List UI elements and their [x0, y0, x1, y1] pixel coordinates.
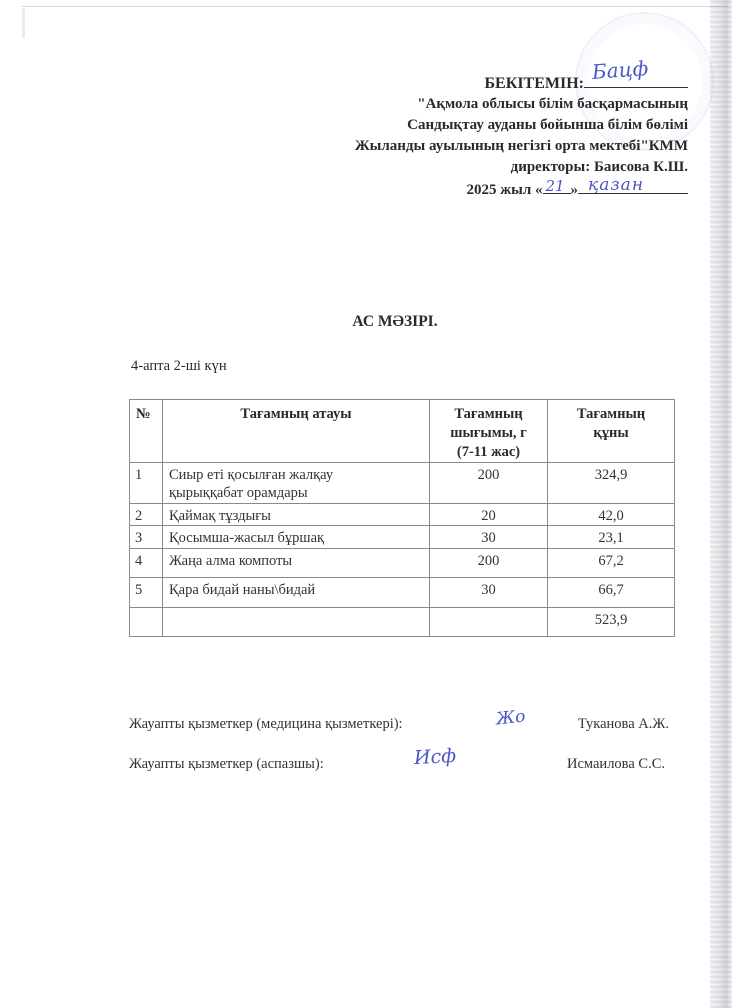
- dish-name-line: Сиыр еті қосылған жалқау: [169, 466, 423, 484]
- approval-title: БЕКІТЕМІН:: [484, 75, 584, 92]
- header-yield-line: шығымы, г: [436, 424, 541, 443]
- table-row: 2 Қаймақ тұздығы 20 42,0: [130, 504, 675, 526]
- director-signature-field: Бацф: [584, 72, 688, 88]
- row-dish-name: Жаңа алма компоты: [163, 549, 430, 578]
- header-price-line: Тағамның: [554, 405, 668, 424]
- approval-org-line-3: Жыланды ауылының негізгі орта мектебі"КМ…: [355, 136, 688, 157]
- row-dish-name: Қара бидай наны\бидай: [163, 578, 430, 608]
- row-yield: 30: [430, 526, 548, 549]
- approval-block: БЕКІТЕМІН:Бацф "Ақмола облысы білім басқ…: [355, 72, 688, 201]
- header-price: Тағамның құны: [548, 400, 675, 463]
- row-num: 4: [130, 549, 163, 578]
- date-day-field: 21: [543, 178, 571, 194]
- scan-edge-artifact: [710, 0, 732, 1008]
- row-yield: 20: [430, 504, 548, 526]
- row-yield: 200: [430, 463, 548, 504]
- table-header-row: № Тағамның атауы Тағамның шығымы, г (7-1…: [130, 400, 675, 463]
- table-row: 4 Жаңа алма компоты 200 67,2: [130, 549, 675, 578]
- dish-name-line: қырыққабат орамдары: [169, 484, 423, 502]
- date-month: қазан: [588, 175, 644, 196]
- header-price-line: құны: [554, 424, 668, 443]
- signature-role: Жауапты қызметкер (медицина қызметкері):: [129, 716, 403, 733]
- row-price: 324,9: [548, 463, 675, 504]
- row-dish-name: Сиыр еті қосылған жалқау қырыққабат орам…: [163, 463, 430, 504]
- row-yield: 200: [430, 549, 548, 578]
- row-dish-name: Қосымша-жасыл бұршақ: [163, 526, 430, 549]
- approval-org-line-2: Сандықтау ауданы бойынша білім бөлімі: [355, 115, 688, 136]
- approval-title-line: БЕКІТЕМІН:Бацф: [355, 72, 688, 94]
- table-row: 3 Қосымша-жасыл бұршақ 30 23,1: [130, 526, 675, 549]
- table-total-row: 523,9: [130, 608, 675, 637]
- total-price: 523,9: [548, 608, 675, 637]
- row-yield: 30: [430, 578, 548, 608]
- table-row: 5 Қара бидай наны\бидай 30 66,7: [130, 578, 675, 608]
- total-empty-cell: [430, 608, 548, 637]
- row-price: 66,7: [548, 578, 675, 608]
- handwritten-signature: Исф: [413, 745, 456, 769]
- page-subtitle: 4-апта 2-ші күн: [131, 358, 227, 375]
- signature-row-medical: Жауапты қызметкер (медицина қызметкері):…: [129, 716, 669, 740]
- page-title: АС МӘЗІРІ.: [0, 313, 732, 331]
- director-signature: Бацф: [591, 58, 649, 83]
- menu-table: № Тағамның атауы Тағамның шығымы, г (7-1…: [129, 399, 675, 637]
- row-price: 67,2: [548, 549, 675, 578]
- approval-date-year: 2025 жыл «: [466, 182, 542, 198]
- header-yield: Тағамның шығымы, г (7-11 жас): [430, 400, 548, 463]
- header-num: №: [130, 400, 163, 463]
- row-dish-name: Қаймақ тұздығы: [163, 504, 430, 526]
- table-row: 1 Сиыр еті қосылған жалқау қырыққабат ор…: [130, 463, 675, 504]
- approval-org-line-1: "Ақмола облысы білім басқармасының: [355, 94, 688, 115]
- row-num: 2: [130, 504, 163, 526]
- signature-row-cook: Жауапты қызметкер (аспазшы): Исф Исмаило…: [129, 756, 669, 780]
- scan-border-line: [22, 6, 728, 7]
- row-price: 23,1: [548, 526, 675, 549]
- signature-role: Жауапты қызметкер (аспазшы):: [129, 756, 324, 773]
- date-month-field: қазан: [578, 178, 688, 194]
- row-num: 1: [130, 463, 163, 504]
- header-yield-line: (7-11 жас): [436, 443, 541, 462]
- total-empty-cell: [130, 608, 163, 637]
- header-yield-line: Тағамның: [436, 405, 541, 424]
- total-empty-cell: [163, 608, 430, 637]
- signature-person: Исмаилова С.С.: [567, 756, 665, 773]
- scan-edge-artifact: [22, 8, 25, 38]
- date-day: 21: [546, 176, 565, 197]
- row-num: 5: [130, 578, 163, 608]
- row-num: 3: [130, 526, 163, 549]
- row-price: 42,0: [548, 504, 675, 526]
- signature-person: Туканова А.Ж.: [578, 716, 669, 733]
- handwritten-signature: Жо: [495, 707, 526, 730]
- approval-date-line: 2025 жыл «21»қазан: [355, 178, 688, 201]
- header-name: Тағамның атауы: [163, 400, 430, 463]
- date-close-quote: »: [571, 182, 579, 198]
